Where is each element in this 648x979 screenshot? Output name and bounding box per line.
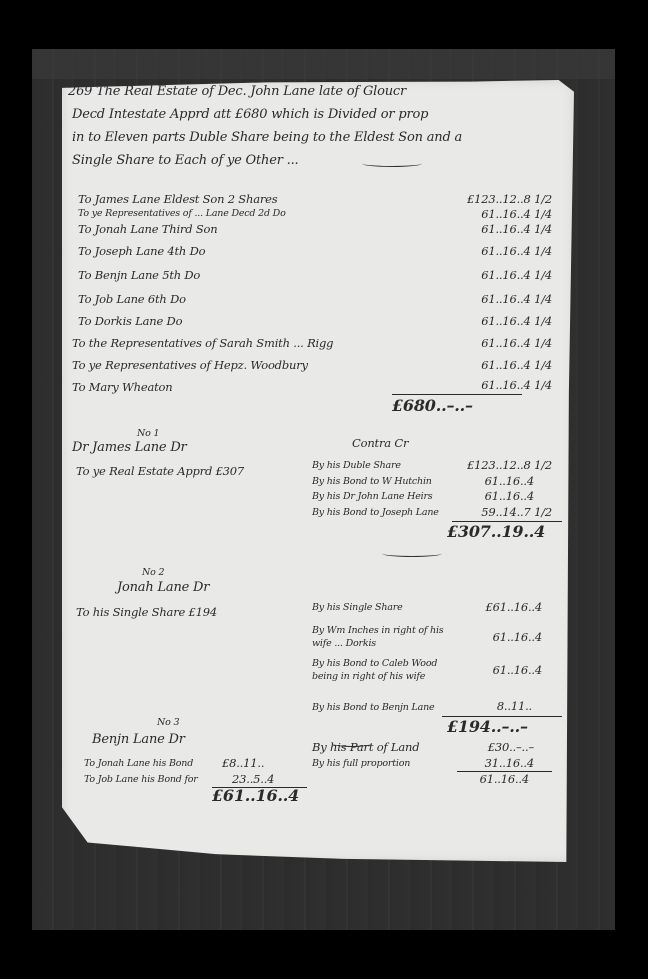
credit-label: By his Bond to Caleb Wood being in right… [312,657,462,683]
distribution-amount: 61..16..4 1/4 [481,336,552,350]
distribution-label: To Jonah Lane Third Son [78,222,217,236]
account-name: Benjn Lane Dr [92,732,185,747]
credit-amount: 59..14..7 1/2 [481,505,552,519]
manuscript-page: 269 The Real Estate of Dec. John Lane la… [62,80,574,862]
credit-amount: 61..16..4 [485,489,534,503]
credit-total: 61..16..4 [480,772,529,786]
distribution-amount: 61..16..4 1/4 [481,378,552,392]
account-number: No 1 [137,428,159,439]
credit-label: By his full proportion [312,758,410,769]
distribution-total: £680..–..– [392,396,473,415]
total-rule [392,394,522,395]
distribution-amount: 61..16..4 1/4 [481,222,552,236]
distribution-amount: £123..12..8 1/2 [467,192,552,206]
debit-label: To Job Lane his Bond for [84,774,198,785]
contra-label: Contra Cr [352,436,408,450]
credit-amount: 61..16..4 [493,663,542,677]
credit-label: By his Single Share [312,602,403,613]
debit-amount: £8..11.. [222,756,264,770]
heading-line-2: Decd Intestate Apprd att £680 which is D… [72,107,428,122]
distribution-amount: 61..16..4 1/4 [481,207,552,221]
heading-flourish [362,160,422,167]
account-total: £307..19..4 [447,522,545,541]
credit-amount: 8..11.. [497,699,532,713]
credit-amount: £123..12..8 1/2 [467,458,552,472]
debit-label: To Jonah Lane his Bond [84,758,193,769]
credit-label: By his Dr John Lane Heirs [312,491,432,502]
credit-label: By his Bond to W Hutchin [312,476,432,487]
distribution-amount: 61..16..4 1/4 [481,358,552,372]
distribution-label: To Benjn Lane 5th Do [78,268,200,282]
distribution-amount: 61..16..4 1/4 [481,268,552,282]
credit-amount: 31..16..4 [485,756,534,770]
distribution-label: To the Representatives of Sarah Smith ..… [72,336,333,350]
credit-amount: 61..16..4 [493,630,542,644]
distribution-amount: 61..16..4 1/4 [481,244,552,258]
section-flourish [382,550,442,557]
distribution-label: To Joseph Lane 4th Do [78,244,205,258]
distribution-label: To Mary Wheaton [72,380,172,394]
credit-label: By his Bond to Joseph Lane [312,507,439,518]
distribution-label: To Dorkis Lane Do [78,314,182,328]
debit-total: £61..16..4 [212,786,299,805]
credit-amount: £30..–..– [488,740,534,754]
account-number: No 3 [157,717,179,728]
distribution-label: To James Lane Eldest Son 2 Shares [78,192,277,206]
distribution-label: To ye Representatives of ... Lane Decd 2… [78,208,286,219]
credit-label: By his Duble Share [312,460,401,471]
credit-label: By Wm Inches in right of his wife ... Do… [312,624,462,650]
debit-amount: 23..5..4 [232,772,274,786]
distribution-label: To Job Lane 6th Do [78,292,186,306]
account-name: Jonah Lane Dr [117,580,209,595]
account-debit: To ye Real Estate Apprd £307 [76,464,244,478]
account-name: Dr James Lane Dr [72,440,187,455]
credit-amount: £61..16..4 [485,600,542,614]
credit-label: By his Bond to Benjn Lane [312,702,434,713]
distribution-amount: 61..16..4 1/4 [481,292,552,306]
distribution-amount: 61..16..4 1/4 [481,314,552,328]
account-number: No 2 [142,567,164,578]
account-debit: To his Single Share £194 [76,605,217,619]
account-total: £194..–..– [447,717,528,736]
credit-amount: 61..16..4 [485,474,534,488]
backing-board-top-band [32,49,615,79]
heading-line-3: in to Eleven parts Duble Share being to … [72,130,462,145]
heading-line-4: Single Share to Each of ye Other ... [72,153,298,168]
distribution-label: To ye Representatives of Hepz. Woodbury [72,358,308,372]
credit-label: By his Part of Land [312,740,419,754]
